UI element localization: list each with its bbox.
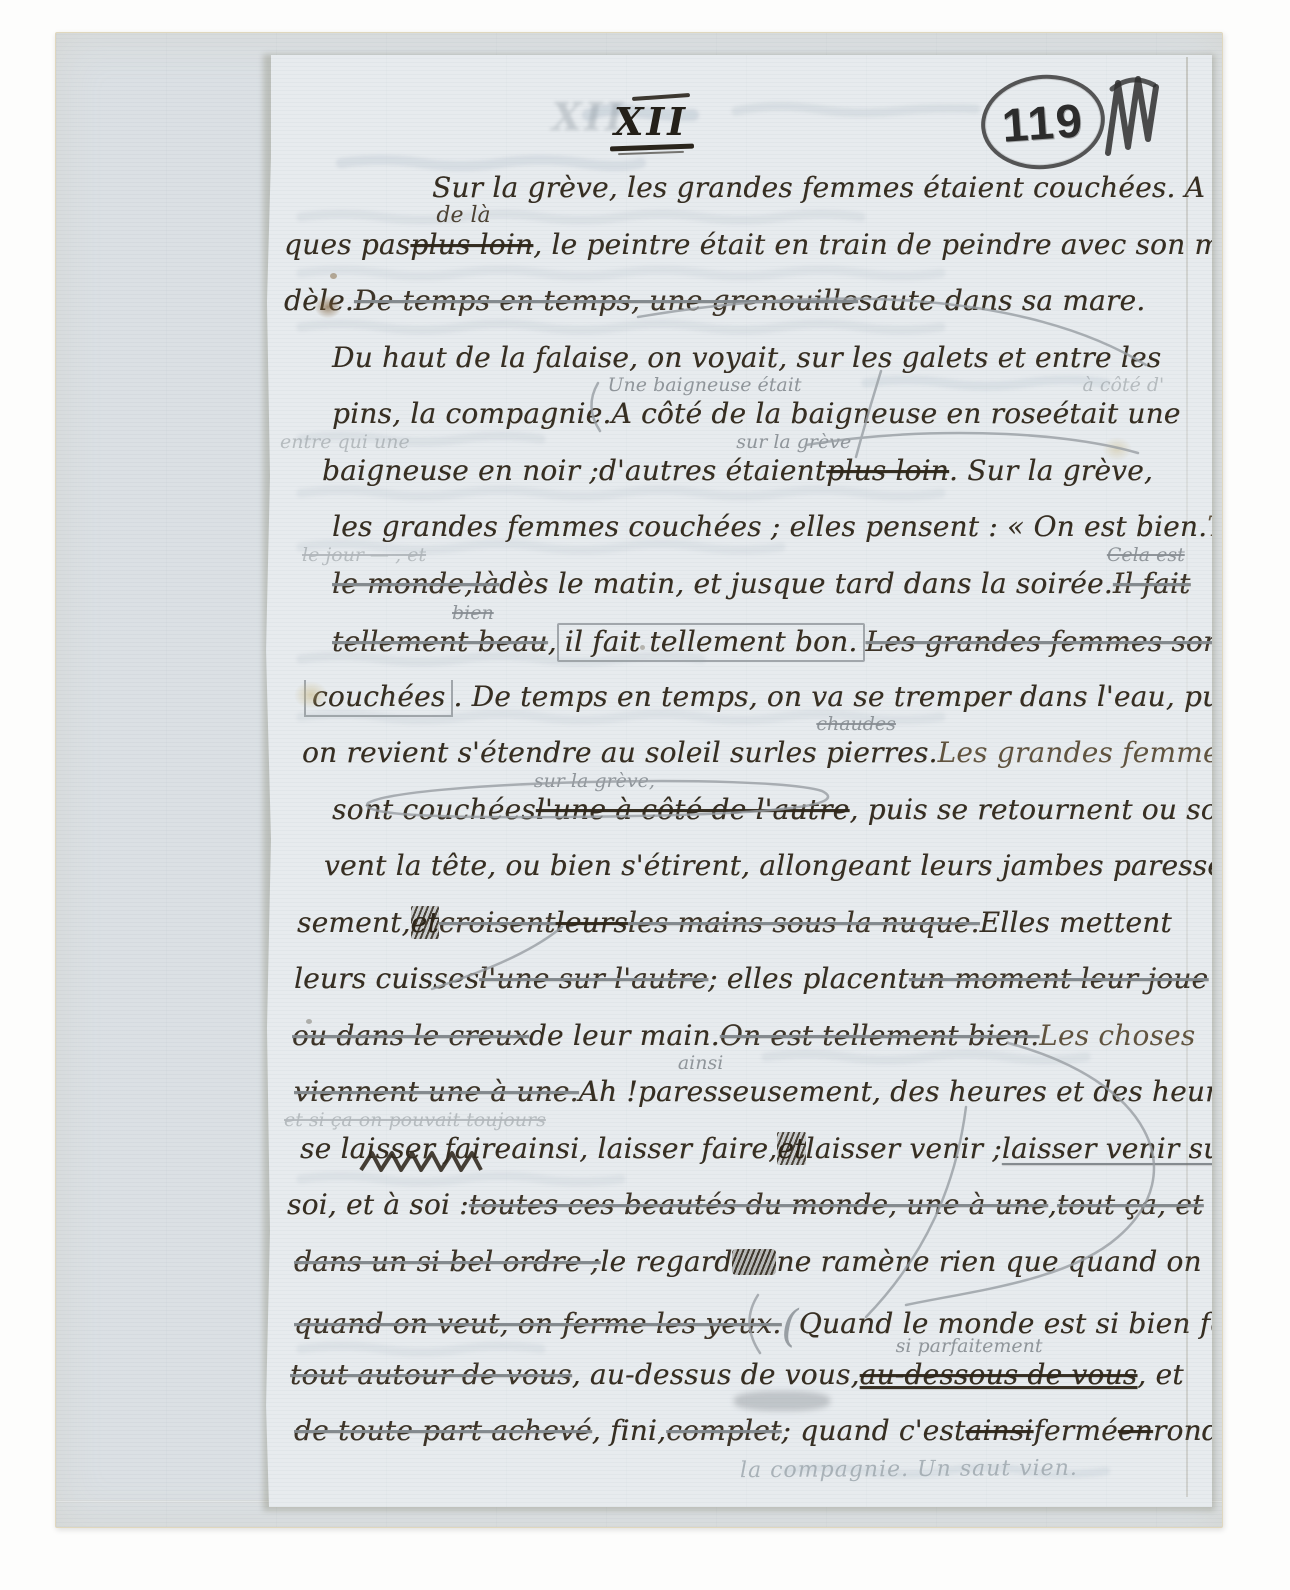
- text-segment: dès le matin, et jusque tard dans la soi…: [499, 567, 1113, 600]
- manuscript-line: ou dans le creux de leur main. On est te…: [292, 1019, 1186, 1076]
- text-segment: ,: [548, 625, 557, 658]
- manuscript-line: soi, et à soi : toutes ces beautés du mo…: [287, 1188, 1186, 1245]
- text-segment: il fait tellement bon.: [557, 623, 866, 662]
- text-segment: plus loinde là: [410, 228, 533, 261]
- text-segment: croisent: [439, 906, 556, 939]
- text-segment: au-dessous de voussi parfaitement: [860, 1358, 1138, 1391]
- text-segment: Sur la grève, les grandes femmes étaient…: [432, 171, 1286, 204]
- text-segment: les pierreschaudes: [776, 736, 928, 769]
- page-number-circle: 119: [976, 69, 1109, 175]
- manuscript-page: XII 119 Sur la grève, les grandes femmes…: [266, 55, 1212, 1507]
- text-segment: (: [781, 1301, 798, 1352]
- pencil-smudge: [734, 1391, 830, 1411]
- text-segment: sement,: [297, 906, 411, 939]
- text-segment: , et: [1137, 1358, 1183, 1391]
- text-segment: saute dans sa mare.: [858, 284, 1146, 317]
- text-segment: , puis se retournent ou soulè-: [849, 793, 1271, 826]
- manuscript-text: Sur la grève, les grandes femmes étaient…: [332, 171, 1186, 1471]
- interlinear-note: sur la grève,: [534, 770, 655, 792]
- text-segment: le regard: [600, 1245, 732, 1278]
- text-segment: un moment leur joue: [909, 962, 1208, 995]
- manuscript-line: se laisser faire et si ça on pouvait tou…: [300, 1132, 1186, 1189]
- manuscript-line: les grandes femmes couchées ; elles pens…: [332, 510, 1186, 567]
- interlinear-note: Cela est: [1107, 544, 1185, 566]
- text-segment: ou dans le creux: [292, 1019, 529, 1052]
- text-segment: A côté de la baigneuse en roseUne baigne…: [612, 397, 1053, 430]
- text-segment: se laisser faire et si ça on pouvait tou…: [300, 1132, 511, 1165]
- scribble-mark-icon: [1102, 69, 1164, 161]
- manuscript-line: Sur la grève, les grandes femmes étaient…: [432, 171, 1186, 228]
- manuscript-line: ques pas plus loinde là, le peintre étai…: [284, 228, 1186, 285]
- page-number: 119: [1000, 92, 1085, 153]
- text-segment: de toute part achevé: [294, 1414, 592, 1447]
- manuscript-line: quand on veut, on ferme les yeux. ( Quan…: [294, 1301, 1186, 1358]
- text-segment: l'une sur l'autre: [479, 962, 708, 995]
- text-segment: de leur main.: [529, 1019, 720, 1052]
- interlinear-note: Une baigneuse était: [608, 374, 802, 396]
- interlinear-note: ainsi: [678, 1052, 723, 1074]
- text-segment: Elles mettent: [980, 906, 1172, 939]
- text-segment: quand on veut, on ferme les yeux.: [294, 1307, 781, 1340]
- manuscript-line: leurs cuisses l'une sur l'autre ; elles …: [294, 962, 1186, 1019]
- interlinear-note: le jour — , et: [302, 544, 426, 566]
- text-segment: , laisser faire,: [579, 1132, 777, 1165]
- text-segment: , au-dessus de vous,: [572, 1358, 860, 1391]
- text-segment: Les grandes femmes: [938, 736, 1235, 769]
- heading-underline-echo: [618, 151, 684, 155]
- text-segment: , fini,: [592, 1414, 666, 1447]
- interlinear-note: chaudes: [816, 713, 896, 735]
- manuscript-line: tellement beaubien, il fait tellement bo…: [332, 623, 1186, 680]
- manuscript-line: dèle. De temps en temps, une grenouille …: [284, 284, 1186, 341]
- text-segment: complet: [666, 1414, 781, 1447]
- manuscript-line: sement, et croisent leurs les mains sous…: [297, 906, 1186, 963]
- scanned-manuscript: XII 119 Sur la grève, les grandes femmes…: [0, 0, 1290, 1590]
- text-segment: On est tellement bien.: [720, 1019, 1039, 1052]
- interlinear-note: entre qui une: [280, 431, 410, 453]
- text-segment: De temps en temps, une grenouille: [354, 284, 858, 317]
- manuscript-line: on revient s'étendre au soleil sur les p…: [302, 736, 1186, 793]
- manuscript-line: sont couchées l'une à côté de l'autresur…: [332, 793, 1186, 850]
- text-segment: d'autres étaient: [599, 454, 826, 487]
- text-segment: vent la tête, ou bien s'étirent, allonge…: [324, 849, 1252, 882]
- text-segment: en: [1118, 1414, 1153, 1447]
- text-segment: ; elles placent: [708, 962, 909, 995]
- text-segment: laisser venir ;: [806, 1132, 1002, 1165]
- text-segment: fermé: [1033, 1414, 1117, 1447]
- text-segment: toutes ces beautés du monde, une à une: [469, 1188, 1048, 1221]
- text-segment: Du haut de la falaise, on voyait, sur le…: [332, 341, 1161, 374]
- text-segment: plus loinsur la grève: [826, 454, 949, 487]
- text-segment: ; quand c'est: [781, 1414, 965, 1447]
- text-segment: Les choses: [1039, 1019, 1195, 1052]
- manuscript-line: dans un si bel ordre ; le regard ne ramè…: [294, 1245, 1186, 1302]
- text-segment: [732, 1249, 776, 1275]
- text-segment: ,: [1048, 1188, 1057, 1221]
- chapter-heading: XII: [606, 99, 696, 144]
- text-segment: leurs: [556, 906, 628, 939]
- text-segment: et: [777, 1132, 805, 1165]
- manuscript-line: couchées . De temps en temps, on va se t…: [304, 680, 1186, 737]
- interlinear-note: et si ça on pouvait toujours: [284, 1109, 546, 1131]
- text-segment: les grandes femmes couchées ; elles pens…: [332, 510, 1207, 543]
- text-segment: laisser venir sur: [1002, 1132, 1235, 1165]
- text-segment: Les grandes femmes sont: [865, 625, 1232, 658]
- text-segment: . De temps en temps, on va se tremper da…: [453, 680, 1244, 713]
- text-segment: paresseusementainsi: [638, 1075, 872, 1108]
- text-segment: dans un si bel ordre ;: [294, 1245, 600, 1278]
- text-segment: l'une à côté de l'autresur la grève,: [536, 793, 850, 826]
- faint-pencil-note: la compagnie. Un saut vien.: [740, 1456, 1078, 1483]
- text-segment: tout ça, et: [1057, 1188, 1204, 1221]
- text-segment: tout autour de vous: [290, 1358, 572, 1391]
- mount-edge-line: [1186, 57, 1188, 1497]
- text-segment: et: [411, 906, 439, 939]
- interlinear-note: sur la grève: [736, 431, 851, 453]
- ink-blot-stain: [314, 295, 342, 319]
- text-segment: le monde, le jour — , et: [332, 567, 473, 600]
- manuscript-line: vent la tête, ou bien s'étirent, allonge…: [324, 849, 1186, 906]
- text-segment: ainsi: [965, 1414, 1033, 1447]
- text-segment: leurs cuisses: [294, 962, 479, 995]
- chapter-heading-text: XII: [614, 99, 688, 144]
- text-segment: viennent une à une.: [294, 1075, 579, 1108]
- manuscript-line: baigneuse en noir ; entre qui uned'autre…: [322, 454, 1186, 511]
- text-segment: baigneuse en noir ; entre qui une: [322, 454, 599, 487]
- text-segment: , le peintre était en train de peindre a…: [533, 228, 1248, 261]
- text-segment: pins, la compagnie.: [332, 397, 612, 430]
- text-segment: les mains sous la nuque.: [628, 906, 980, 939]
- text-segment: ainsi: [511, 1132, 579, 1165]
- text-segment: était uneà côté d': [1053, 397, 1181, 430]
- text-segment: ques pas: [284, 228, 410, 261]
- interlinear-note: à côté d': [1083, 374, 1165, 396]
- interlinear-note: de là: [436, 203, 490, 228]
- text-segment: là: [473, 567, 499, 600]
- interlinear-note: si parfaitement: [896, 1335, 1043, 1357]
- paper-stain: [294, 681, 328, 709]
- text-segment: on revient s'étendre au soleil sur: [302, 736, 776, 769]
- text-segment: Ah !: [579, 1075, 638, 1108]
- text-segment: soi, et à soi :: [287, 1188, 469, 1221]
- paper-stain: [1102, 437, 1132, 461]
- text-segment: Il faitCela est: [1113, 567, 1191, 600]
- text-segment: , des heures et des heures,: [872, 1075, 1259, 1108]
- text-segment: tellement beaubien: [332, 625, 548, 658]
- text-segment: sont couchées: [332, 793, 536, 826]
- interlinear-note: bien: [452, 602, 494, 624]
- text-segment: .: [928, 736, 937, 769]
